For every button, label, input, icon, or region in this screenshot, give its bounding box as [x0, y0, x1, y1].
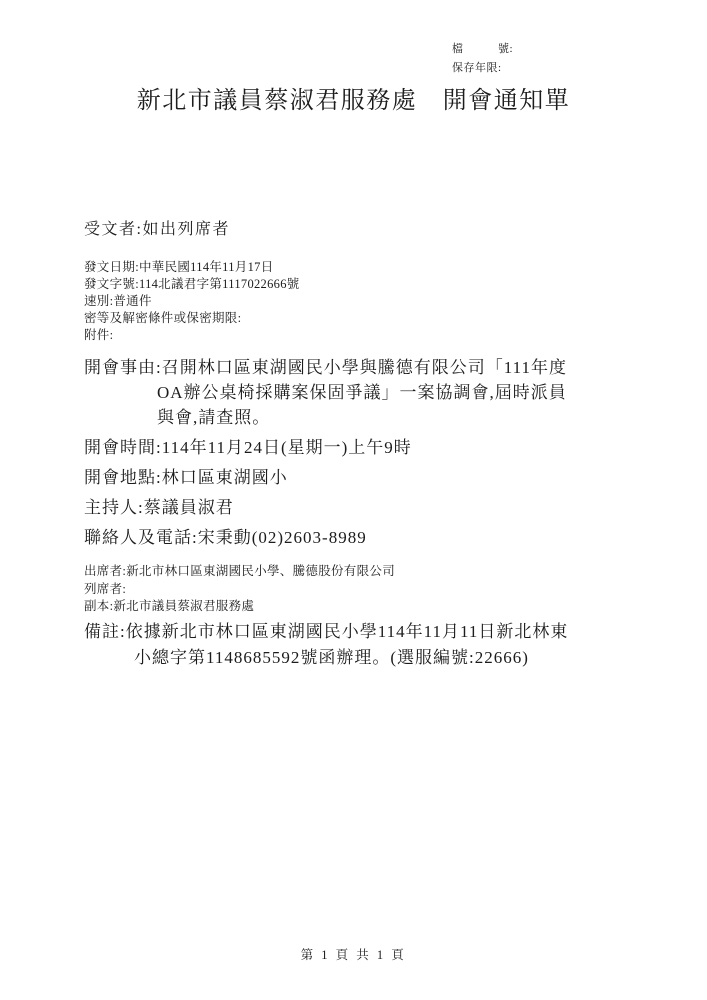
contact-value: 宋秉動(02)2603-8989: [198, 528, 367, 547]
attachment-line: 附件:: [84, 327, 632, 344]
attendee-line: 出席者:新北市林口區東湖國民小學、騰德股份有限公司: [84, 563, 632, 581]
meeting-subject-label: 開會事由:: [84, 358, 162, 377]
recipient-value: 如出列席者: [142, 221, 230, 238]
chairperson-value: 蔡議員淑君: [144, 498, 234, 517]
file-number-label: 檔 號:: [452, 40, 513, 59]
remark-value: 依據新北市林口區東湖國民小學114年11月11日新北林東 小總字第1148685…: [126, 622, 569, 667]
issue-date-value: 中華民國114年11月17日: [139, 260, 274, 274]
attendee-label: 出席者:: [84, 564, 126, 578]
meeting-place-label: 開會地點:: [84, 468, 162, 487]
document-body: 受文者:如出列席者 發文日期:中華民國114年11月17日 發文字號:114北議…: [84, 219, 632, 671]
contact-line: 聯絡人及電話:宋秉動(02)2603-8989: [84, 525, 632, 550]
document-title: 新北市議員蔡淑君服務處 開會通知單: [0, 80, 707, 115]
doc-number-value: 114北議君字第1117022666號: [139, 277, 300, 291]
cc-label: 副本:: [84, 599, 113, 613]
meeting-time-value: 114年11月24日(星期一)上午9時: [162, 438, 412, 457]
contact-label: 聯絡人及電話:: [84, 528, 198, 547]
document-page: 檔 號: 保存年限: 新北市議員蔡淑君服務處 開會通知單 受文者:如出列席者 發…: [0, 0, 707, 1000]
meeting-subject-value: 召開林口區東湖國民小學與騰德有限公司「111年度 OA辦公桌椅採購案保固爭議」一…: [157, 358, 567, 427]
speed-line: 速別:普通件: [84, 293, 632, 310]
meeting-time-line: 開會時間:114年11月24日(星期一)上午9時: [84, 435, 632, 460]
observer-label: 列席者:: [84, 582, 126, 596]
meeting-place-line: 開會地點:林口區東湖國小: [84, 465, 632, 490]
issue-date-label: 發文日期:: [84, 260, 139, 274]
attendee-value: 新北市林口區東湖國民小學、騰德股份有限公司: [126, 564, 395, 578]
attendees-block: 出席者:新北市林口區東湖國民小學、騰德股份有限公司 列席者: 副本:新北市議員蔡…: [84, 563, 632, 616]
doc-number-label: 發文字號:: [84, 277, 139, 291]
attachment-label: 附件:: [84, 328, 113, 342]
issue-date-line: 發文日期:中華民國114年11月17日: [84, 259, 632, 276]
file-number-block: 檔 號: 保存年限:: [452, 40, 513, 78]
security-line: 密等及解密條件或保密期限:: [84, 310, 632, 327]
meeting-place-value: 林口區東湖國小: [162, 468, 288, 487]
observer-line: 列席者:: [84, 581, 632, 599]
speed-value: 普通件: [113, 294, 151, 308]
remark-line: 備註:依據新北市林口區東湖國民小學114年11月11日新北林東 小總字第1148…: [84, 619, 632, 671]
cc-value: 新北市議員蔡淑君服務處: [113, 599, 254, 613]
remark-label: 備註:: [84, 622, 126, 641]
speed-label: 速別:: [84, 294, 113, 308]
recipient-label: 受文者:: [84, 221, 142, 238]
meeting-subject-line: 開會事由:召開林口區東湖國民小學與騰德有限公司「111年度 OA辦公桌椅採購案保…: [84, 355, 632, 430]
retention-period-label: 保存年限:: [452, 59, 513, 78]
page-number-footer: 第 1 頁 共 1 頁: [0, 945, 707, 963]
chairperson-line: 主持人:蔡議員淑君: [84, 495, 632, 520]
security-label: 密等及解密條件或保密期限:: [84, 311, 241, 325]
meeting-fields: 開會事由:召開林口區東湖國民小學與騰德有限公司「111年度 OA辦公桌椅採購案保…: [84, 355, 632, 550]
cc-line: 副本:新北市議員蔡淑君服務處: [84, 598, 632, 616]
document-meta: 發文日期:中華民國114年11月17日 發文字號:114北議君字第1117022…: [84, 259, 632, 344]
recipient-line: 受文者:如出列席者: [84, 219, 632, 241]
chairperson-label: 主持人:: [84, 498, 144, 517]
doc-number-line: 發文字號:114北議君字第1117022666號: [84, 276, 632, 293]
meeting-time-label: 開會時間:: [84, 438, 162, 457]
